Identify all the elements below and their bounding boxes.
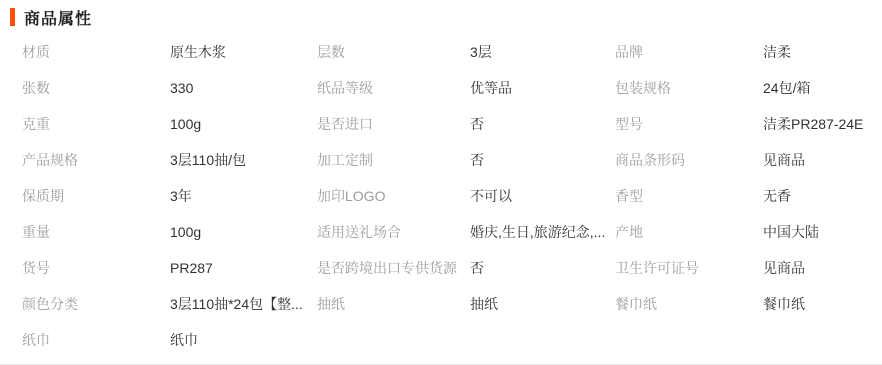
attribute-label: 重量 <box>22 214 170 250</box>
attribute-label: 货号 <box>22 250 170 286</box>
attribute-label: 纸品等级 <box>317 70 470 106</box>
attributes-grid: 材质原生木浆层数3层品牌洁柔张数330纸品等级优等品包装规格24包/箱克重100… <box>0 34 882 358</box>
attribute-value: 否 <box>470 250 615 286</box>
attribute-value: 不可以 <box>470 178 615 214</box>
attribute-label: 保质期 <box>22 178 170 214</box>
attribute-value: 见商品 <box>763 250 882 286</box>
product-attributes-panel: 商品属性 材质原生木浆层数3层品牌洁柔张数330纸品等级优等品包装规格24包/箱… <box>0 0 882 365</box>
attribute-label: 餐巾纸 <box>615 286 763 322</box>
attribute-label: 张数 <box>22 70 170 106</box>
attribute-value: 3年 <box>170 178 317 214</box>
page-title: 商品属性 <box>24 6 92 29</box>
attribute-label: 是否进口 <box>317 106 470 142</box>
attribute-label: 加工定制 <box>317 142 470 178</box>
attribute-value: 否 <box>470 106 615 142</box>
attribute-value: 纸巾 <box>170 322 317 358</box>
attribute-label: 适用送礼场合 <box>317 214 470 250</box>
attribute-value: 100g <box>170 106 317 142</box>
panel-header: 商品属性 <box>0 0 882 34</box>
attribute-label: 品牌 <box>615 34 763 70</box>
attribute-value: 否 <box>470 142 615 178</box>
attribute-label: 卫生许可证号 <box>615 250 763 286</box>
attribute-label: 产地 <box>615 214 763 250</box>
attribute-label: 材质 <box>22 34 170 70</box>
attribute-value: 中国大陆 <box>763 214 882 250</box>
attribute-label: 是否跨境出口专供货源 <box>317 250 470 286</box>
attribute-label: 加印LOGO <box>317 178 470 214</box>
attribute-value: 100g <box>170 214 317 250</box>
attribute-label: 抽纸 <box>317 286 470 322</box>
attribute-value: 330 <box>170 70 317 106</box>
attribute-value: 见商品 <box>763 142 882 178</box>
attribute-value: 无香 <box>763 178 882 214</box>
attribute-value: 24包/箱 <box>763 70 882 106</box>
attribute-label: 香型 <box>615 178 763 214</box>
attribute-value: PR287 <box>170 250 317 286</box>
attribute-label: 商品条形码 <box>615 142 763 178</box>
attribute-label: 型号 <box>615 106 763 142</box>
accent-bar-icon <box>10 8 15 26</box>
attribute-value: 原生木浆 <box>170 34 317 70</box>
attribute-label: 克重 <box>22 106 170 142</box>
attribute-value: 洁柔 <box>763 34 882 70</box>
attribute-label: 产品规格 <box>22 142 170 178</box>
attribute-value: 餐巾纸 <box>763 286 882 322</box>
attribute-value: 3层110抽*24包【整... <box>170 286 317 322</box>
attribute-label: 包装规格 <box>615 70 763 106</box>
attribute-value: 3层110抽/包 <box>170 142 317 178</box>
attribute-value: 优等品 <box>470 70 615 106</box>
attribute-label: 层数 <box>317 34 470 70</box>
attribute-value: 婚庆,生日,旅游纪念,... <box>470 214 615 250</box>
attribute-value: 抽纸 <box>470 286 615 322</box>
attribute-value: 洁柔PR287-24E <box>763 106 882 142</box>
attribute-label: 颜色分类 <box>22 286 170 322</box>
attribute-label: 纸巾 <box>22 322 170 358</box>
attribute-value: 3层 <box>470 34 615 70</box>
